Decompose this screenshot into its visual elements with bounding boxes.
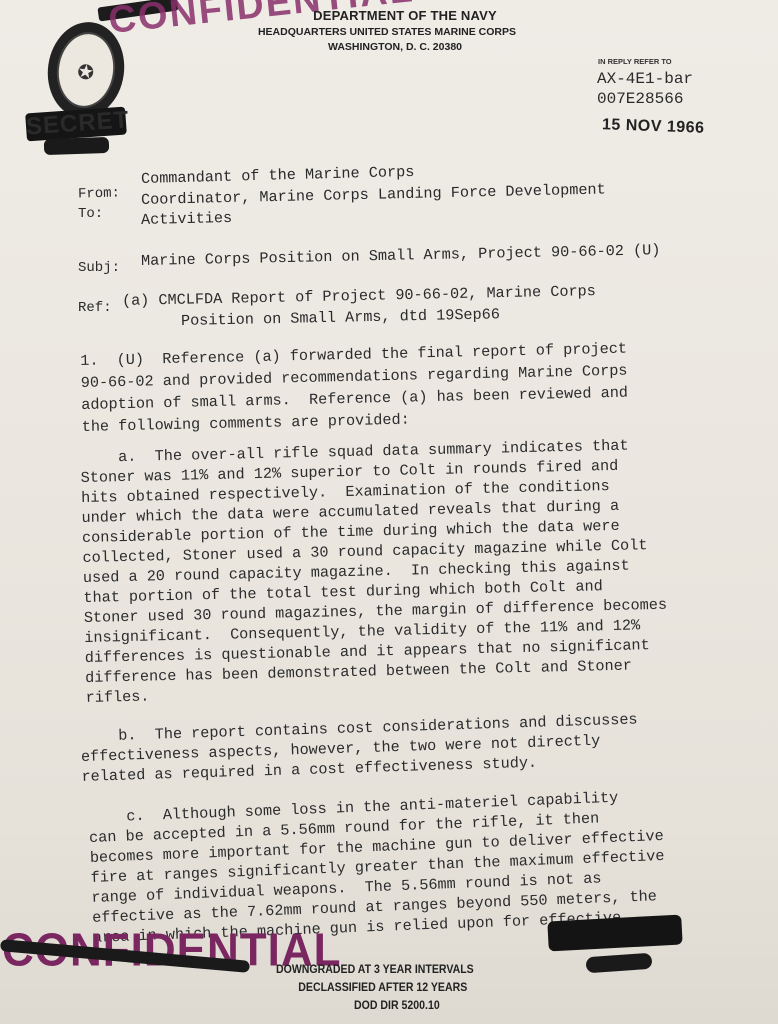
paragraph-1: 1. (U) Reference (a) forwarded the final…	[80, 338, 629, 438]
downgrade-notice: DOWNGRADED AT 3 YEAR INTERVALS DECLASSIF…	[276, 960, 474, 1014]
redaction-bar	[44, 137, 110, 155]
subj-label: Subj:	[78, 259, 120, 277]
paragraph-b: b. The report contains cost consideratio…	[80, 709, 639, 786]
from-label: From:	[78, 184, 120, 203]
department-of-defense-seal-icon: ✪	[52, 28, 120, 111]
redaction-bar-bottom	[547, 915, 682, 952]
downgrade-line-2: DECLASSIFIED AFTER 12 YEARS	[292, 978, 474, 996]
reply-code: AX-4E1-bar 007E28566	[597, 69, 693, 109]
to-value-2: Activities	[141, 209, 233, 229]
redaction-bar-bottom-small	[586, 953, 653, 974]
reply-refer-label: IN REPLY REFER TO	[598, 57, 672, 66]
letterhead-address: WASHINGTON, D. C. 20380	[300, 41, 490, 53]
downgrade-line-3: DOD DIR 5200.10	[320, 996, 474, 1014]
letterhead-headquarters: HEADQUARTERS UNITED STATES MARINE CORPS	[232, 26, 542, 38]
paragraph-a: a. The over-all rifle squad data summary…	[80, 435, 669, 708]
redacted-secret-marking: SECRET	[25, 107, 127, 142]
date-stamp: 15 NOV 1966	[602, 116, 705, 138]
ref-value-2: Position on Small Arms, dtd 19Sep66	[181, 305, 500, 330]
reply-code-1: AX-4E1-bar	[597, 69, 693, 89]
downgrade-line-1: DOWNGRADED AT 3 YEAR INTERVALS	[276, 960, 474, 978]
to-label: To:	[78, 205, 103, 223]
ref-label: Ref:	[78, 299, 112, 317]
subj-value: Marine Corps Position on Small Arms, Pro…	[141, 241, 661, 270]
from-value: Commandant of the Marine Corps	[141, 163, 415, 188]
ref-value-1: (a) CMCLFDA Report of Project 90-66-02, …	[122, 282, 596, 310]
letterhead-department: DEPARTMENT OF THE NAVY	[270, 8, 540, 23]
reply-code-2: 007E28566	[597, 89, 693, 109]
